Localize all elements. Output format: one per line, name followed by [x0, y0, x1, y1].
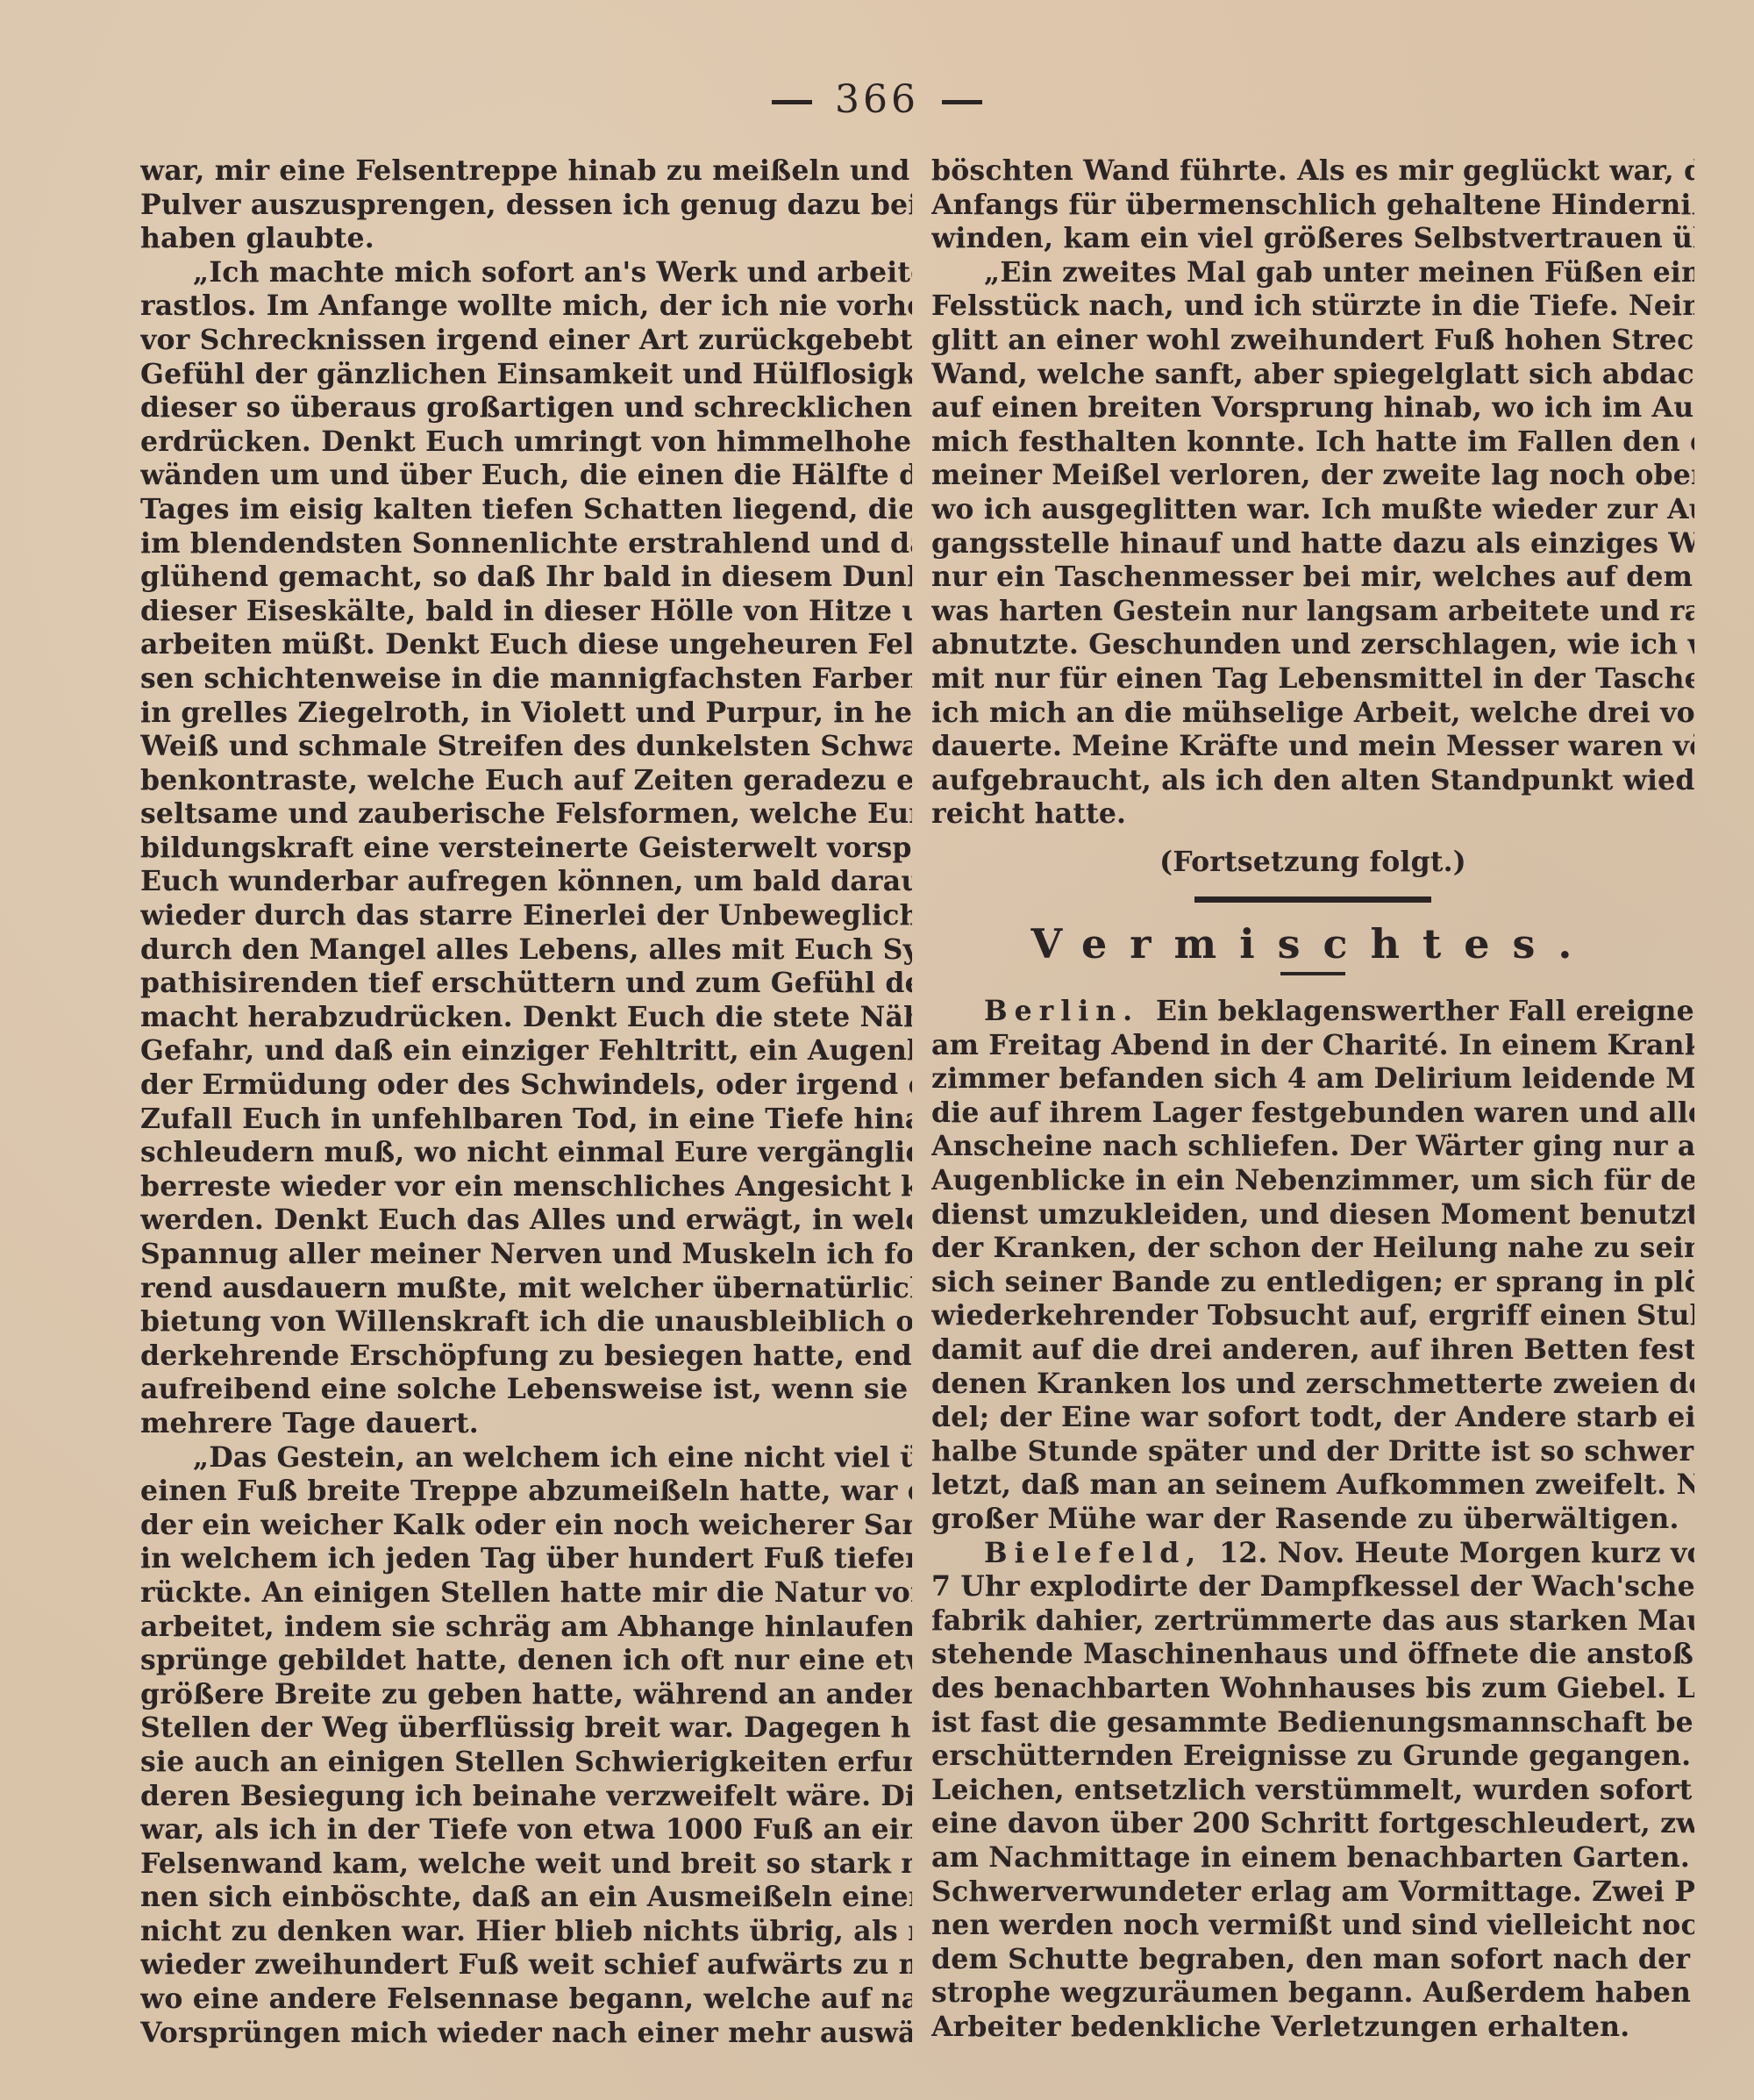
title-underline — [1280, 972, 1345, 975]
text-line: dem Schutte begraben, den man sofort nac… — [931, 1943, 1694, 1977]
text-line: eine davon über 200 Schritt fortgeschleu… — [931, 1807, 1694, 1841]
text-line: glitt an einer wohl zweihundert Fuß hohe… — [931, 324, 1694, 358]
text-line: rend ausdauern mußte, mit welcher überna… — [140, 1272, 912, 1306]
text-line: durch den Mangel alles Lebens, alles mit… — [140, 933, 912, 968]
text-line: dieser Eiseskälte, bald in dieser Hölle … — [140, 595, 912, 629]
text-line: Weiß und schmale Streifen des dunkelsten… — [140, 730, 912, 764]
text-line: wo ich ausgeglitten war. Ich mußte wiede… — [931, 493, 1694, 527]
text-line: Gefahr, und daß ein einziger Fehltritt, … — [140, 1034, 912, 1068]
text-line: großer Mühe war der Rasende zu überwälti… — [931, 1503, 1694, 1537]
text-line: sich seiner Bande zu entledigen; er spra… — [931, 1266, 1694, 1300]
text-line: wieder zweihundert Fuß weit schief aufwä… — [140, 1948, 912, 1982]
text-line: seltsame und zauberische Felsformen, wel… — [140, 797, 912, 832]
header-dash-left — [772, 100, 812, 104]
text-line: der Ermüdung oder des Schwindels, oder i… — [140, 1068, 912, 1103]
text-line: Berlin. Ein beklagenswerther Fall ereign… — [931, 995, 1694, 1029]
text-line: halbe Stunde später und der Dritte ist s… — [931, 1435, 1694, 1469]
text-line: haben glaubte. — [140, 222, 912, 256]
text-line: reicht hatte. — [931, 797, 1694, 832]
text-line: Stellen der Weg überflüssig breit war. D… — [140, 1711, 912, 1746]
text-line: derkehrende Erschöpfung zu besiegen hatt… — [140, 1339, 912, 1374]
text-line: in grelles Ziegelroth, in Violett und Pu… — [140, 696, 912, 731]
text-line: ich mich an die mühselige Arbeit, welche… — [931, 696, 1694, 731]
text-line: Felsenwand kam, welche weit und breit so… — [140, 1847, 912, 1882]
text-line: bietung von Willenskraft ich die unausbl… — [140, 1305, 912, 1339]
text-line: Gefühl der gänzlichen Einsamkeit und Hül… — [140, 358, 912, 392]
text-line: böschten Wand führte. Als es mir geglück… — [931, 154, 1694, 189]
text-line: abnutzte. Geschunden und zerschlagen, wi… — [931, 628, 1694, 662]
text-line: 7 Uhr explodirte der Dampfkessel der Wac… — [931, 1570, 1694, 1604]
text-line: pathisirenden tief erschüttern und zum G… — [140, 967, 912, 1001]
text-line: Anscheine nach schliefen. Der Wärter gin… — [931, 1130, 1694, 1164]
text-line: der ein weicher Kalk oder ein noch weich… — [140, 1509, 912, 1543]
text-line: vor Schrecknissen irgend einer Art zurüc… — [140, 324, 912, 358]
text-line: Felsstück nach, und ich stürzte in die T… — [931, 289, 1694, 324]
text-line: auf einen breiten Vorsprung hinab, wo ic… — [931, 391, 1694, 425]
text-line: zimmer befanden sich 4 am Delirium leide… — [931, 1062, 1694, 1096]
text-line: „Ich machte mich sofort an's Werk und ar… — [140, 256, 912, 290]
text-line: mit nur für einen Tag Lebensmittel in de… — [931, 662, 1694, 696]
page-number: 366 — [835, 77, 919, 122]
left-column: war, mir eine Felsentreppe hinab zu meiß… — [140, 154, 912, 2050]
section-title: Vermischtes. — [931, 927, 1694, 961]
text-line: arbeitet, indem sie schräg am Abhange hi… — [140, 1611, 912, 1645]
text-line: Spannug aller meiner Nerven und Muskeln … — [140, 1238, 912, 1272]
news-items: Berlin. Ein beklagenswerther Fall ereign… — [931, 995, 1694, 2044]
text-line: stehende Maschinenhaus und öffnete die a… — [931, 1638, 1694, 1672]
text-line: winden, kam ein viel größeres Selbstvert… — [931, 222, 1694, 256]
paragraph: „Ich machte mich sofort an's Werk und ar… — [140, 256, 912, 1441]
text-line: „Ein zweites Mal gab unter meinen Füßen … — [931, 256, 1694, 290]
paragraph: war, mir eine Felsentreppe hinab zu meiß… — [140, 154, 912, 256]
page-header: 366 — [0, 77, 1754, 122]
right-column: böschten Wand führte. Als es mir geglück… — [931, 154, 1694, 2044]
text-line: bildungskraft eine versteinerte Geisterw… — [140, 832, 912, 866]
text-line: Wand, welche sanft, aber spiegelglatt si… — [931, 358, 1694, 392]
text-line: rückte. An einigen Stellen hatte mir die… — [140, 1576, 912, 1611]
text-line: die auf ihrem Lager festgebunden waren u… — [931, 1096, 1694, 1131]
text-line: berreste wieder vor ein menschliches Ang… — [140, 1170, 912, 1204]
text-line: größere Breite zu geben hatte, während a… — [140, 1678, 912, 1712]
text-line: dauerte. Meine Kräfte und mein Messer wa… — [931, 730, 1694, 764]
text-fragment: 12. Nov. Heute Morgen kurz vor — [1219, 1537, 1694, 1569]
text-line: nur ein Taschenmesser bei mir, welches a… — [931, 561, 1694, 595]
text-line: Zufall Euch in unfehlbaren Tod, in eine … — [140, 1103, 912, 1137]
text-line: werden. Denkt Euch das Alles und erwägt,… — [140, 1204, 912, 1238]
text-line: deren Besiegung ich beinahe verzweifelt … — [140, 1780, 912, 1814]
text-line: wiederkehrender Tobsucht auf, ergriff ei… — [931, 1299, 1694, 1333]
text-line: Anfangs für übermenschlich gehaltene Hin… — [931, 189, 1694, 223]
text-line: macht herabzudrücken. Denkt Euch die ste… — [140, 1001, 912, 1035]
text-line: Pulver auszusprengen, dessen ich genug d… — [140, 189, 912, 223]
text-line: nicht zu denken war. Hier blieb nichts ü… — [140, 1915, 912, 1949]
text-line: „Das Gestein, an welchem ich eine nicht … — [140, 1441, 912, 1475]
text-line: letzt, daß man an seinem Aufkommen zweif… — [931, 1468, 1694, 1503]
paragraph: böschten Wand führte. Als es mir geglück… — [931, 154, 1694, 256]
text-line: Augenblicke in ein Nebenzimmer, um sich … — [931, 1164, 1694, 1198]
text-line: Vorsprüngen mich wieder nach einer mehr … — [140, 2017, 912, 2051]
section-divider — [1194, 896, 1431, 903]
text-line: benkontraste, welche Euch auf Zeiten ger… — [140, 764, 912, 798]
text-line: sprünge gebildet hatte, denen ich oft nu… — [140, 1644, 912, 1678]
text-line: war, mir eine Felsentreppe hinab zu meiß… — [140, 154, 912, 189]
continued-note: (Fortsetzung folgt.) — [931, 846, 1694, 880]
text-line: glühend gemacht, so daß Ihr bald in dies… — [140, 561, 912, 595]
text-line: Leichen, entsetzlich verstümmelt, wurden… — [931, 1774, 1694, 1808]
text-line: nen werden noch vermißt und sind viellei… — [931, 1909, 1694, 1943]
text-line: ist fast die gesammte Bedienungsmannscha… — [931, 1706, 1694, 1740]
text-line: denen Kranken los und zerschmetterte zwe… — [931, 1368, 1694, 1402]
text-line: dieser so überaus großartigen und schrec… — [140, 391, 912, 425]
text-line: erdrücken. Denkt Euch umringt von himmel… — [140, 425, 912, 460]
dateline: Bielefeld, — [984, 1537, 1219, 1569]
text-line: aufreibend eine solche Lebensweise ist, … — [140, 1373, 912, 1407]
text-line: der Kranken, der schon der Heilung nahe … — [931, 1232, 1694, 1266]
text-line: Euch wunderbar aufregen können, um bald … — [140, 865, 912, 899]
text-line: Arbeiter bedenkliche Verletzungen erhalt… — [931, 2011, 1694, 2045]
text-line: im blendendsten Sonnenlichte erstrahlend… — [140, 527, 912, 561]
text-line: wo eine andere Felsennase begann, welche… — [140, 1982, 912, 2017]
text-line: in welchem ich jeden Tag über hundert Fu… — [140, 1542, 912, 1576]
text-line: arbeiten müßt. Denkt Euch diese ungeheur… — [140, 628, 912, 662]
text-line: dienst umzukleiden, und diesen Moment be… — [931, 1198, 1694, 1232]
text-line: Bielefeld, 12. Nov. Heute Morgen kurz vo… — [931, 1537, 1694, 1571]
story-continuation: böschten Wand führte. Als es mir geglück… — [931, 154, 1694, 832]
text-line: damit auf die drei anderen, auf ihren Be… — [931, 1333, 1694, 1368]
text-line: mich festhalten konnte. Ich hatte im Fal… — [931, 425, 1694, 460]
text-line: sie auch an einigen Stellen Schwierigkei… — [140, 1746, 912, 1780]
text-line: nen sich einböschte, daß an ein Ausmeiße… — [140, 1881, 912, 1915]
text-line: strophe wegzuräumen begann. Außerdem hab… — [931, 1976, 1694, 2011]
text-line: del; der Eine war sofort todt, der Ander… — [931, 1401, 1694, 1435]
text-line: was harten Gestein nur langsam arbeitete… — [931, 595, 1694, 629]
text-line: des benachbarten Wohnhauses bis zum Gieb… — [931, 1672, 1694, 1706]
text-line: Tages im eisig kalten tiefen Schatten li… — [140, 493, 912, 527]
text-fragment: Ein beklagenswerther Fall ereignete sich — [1156, 995, 1694, 1027]
news-item: Berlin. Ein beklagenswerther Fall ereign… — [931, 995, 1694, 1537]
text-line: erschütternden Ereignisse zu Grunde gega… — [931, 1739, 1694, 1774]
text-line: aufgebraucht, als ich den alten Standpun… — [931, 764, 1694, 798]
text-line: gangsstelle hinauf und hatte dazu als ei… — [931, 527, 1694, 561]
text-line: meiner Meißel verloren, der zweite lag n… — [931, 459, 1694, 493]
header-dash-right — [942, 100, 982, 104]
text-line: Schwerverwundeter erlag am Vormittage. Z… — [931, 1875, 1694, 1910]
news-item: Bielefeld, 12. Nov. Heute Morgen kurz vo… — [931, 1537, 1694, 2045]
text-line: wänden um und über Euch, die einen die H… — [140, 459, 912, 493]
paragraph: „Das Gestein, an welchem ich eine nicht … — [140, 1441, 912, 2051]
text-line: am Nachmittage in einem benachbarten Gar… — [931, 1841, 1694, 1875]
text-line: schleudern muß, wo nicht einmal Eure ver… — [140, 1136, 912, 1170]
paragraph: „Ein zweites Mal gab unter meinen Füßen … — [931, 256, 1694, 832]
dateline: Berlin. — [984, 995, 1156, 1027]
text-line: rastlos. Im Anfange wollte mich, der ich… — [140, 289, 912, 324]
text-line: war, als ich in der Tiefe von etwa 1000 … — [140, 1813, 912, 1847]
text-line: wieder durch das starre Einerlei der Unb… — [140, 899, 912, 933]
text-line: sen schichtenweise in die mannigfachsten… — [140, 662, 912, 696]
text-line: einen Fuß breite Treppe abzumeißeln hatt… — [140, 1475, 912, 1509]
text-line: am Freitag Abend in der Charité. In eine… — [931, 1029, 1694, 1063]
text-line: fabrik dahier, zertrümmerte das aus star… — [931, 1604, 1694, 1639]
text-line: mehrere Tage dauert. — [140, 1407, 912, 1441]
